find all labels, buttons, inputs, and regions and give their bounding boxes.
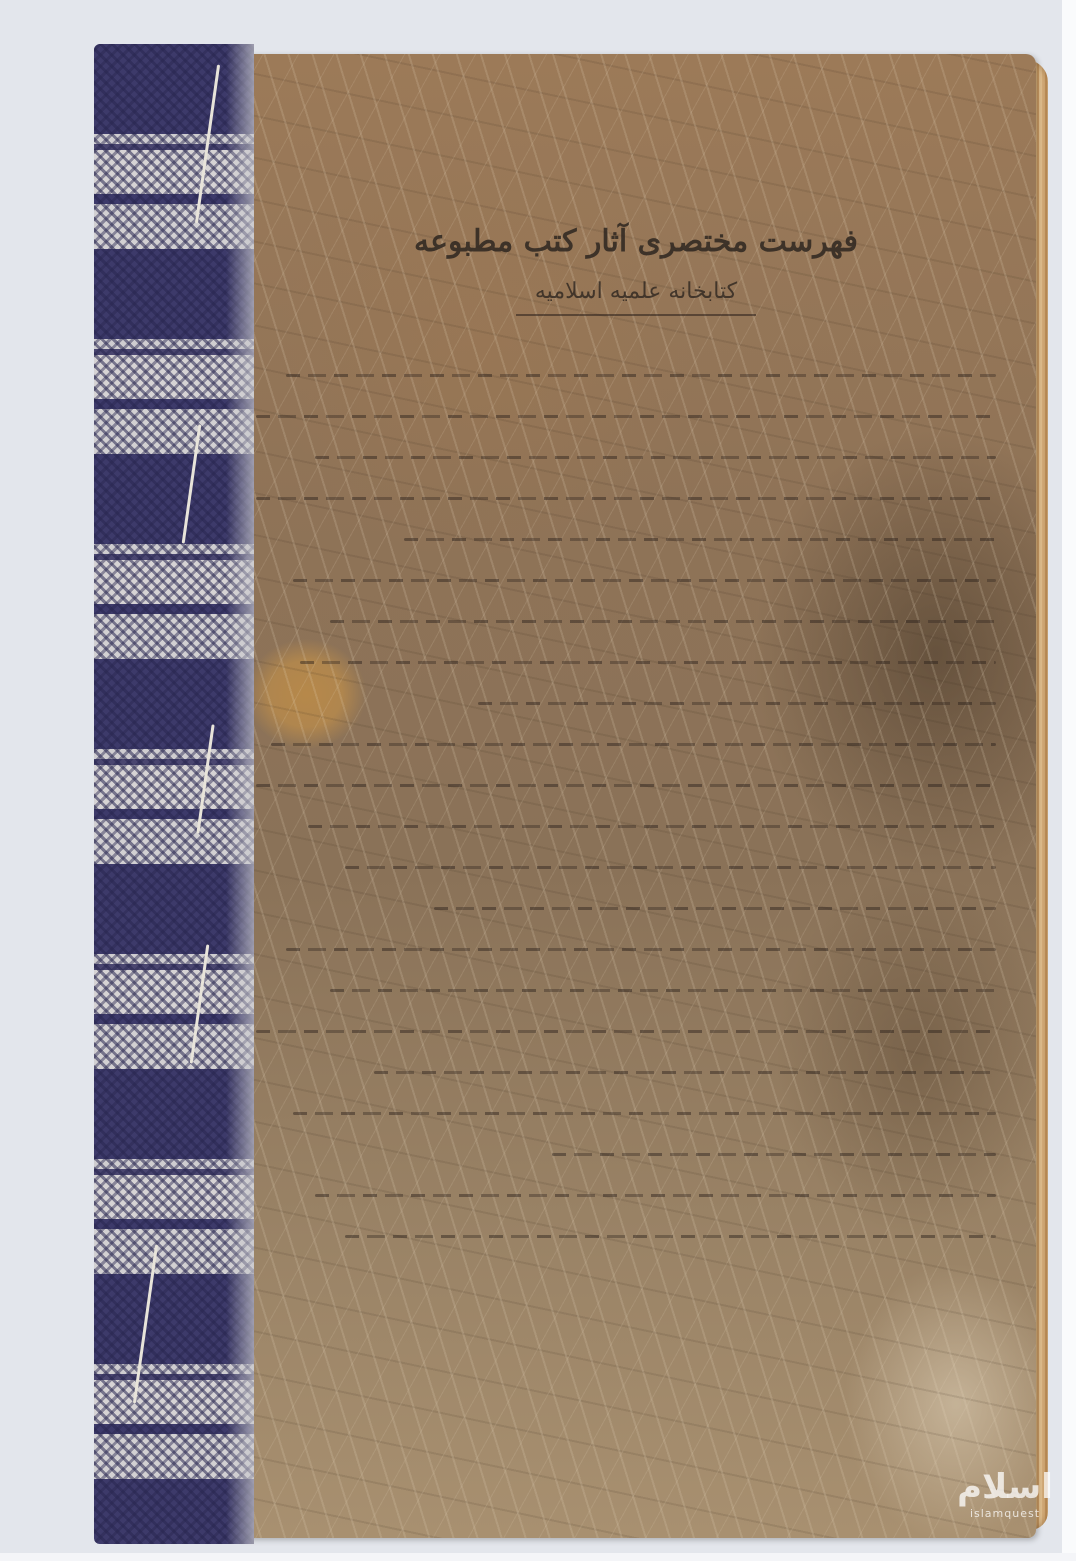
spine-stitch xyxy=(133,1245,158,1404)
cover-subtitle: کتابخانه علمیه اسلامیه xyxy=(286,279,986,304)
watermark-logo: اسلام xyxy=(950,1467,1060,1507)
spine-stitch xyxy=(182,424,202,543)
cover-title-block: فهرست مختصری آثار کتب مطبوعه کتابخانه عل… xyxy=(286,224,986,316)
site-watermark: اسلام islamquest xyxy=(950,1467,1060,1547)
text-line xyxy=(552,1153,996,1156)
text-line xyxy=(330,620,996,623)
text-line xyxy=(293,1112,996,1115)
photo-border-bottom xyxy=(0,1553,1076,1561)
spine-stitch xyxy=(196,724,214,833)
text-line xyxy=(345,866,996,869)
text-line xyxy=(256,415,996,418)
text-line xyxy=(256,1030,996,1033)
text-line xyxy=(271,743,996,746)
text-line xyxy=(434,907,996,910)
text-line xyxy=(308,825,996,828)
cover-text-lines xyxy=(256,374,996,1276)
photo-border-right xyxy=(1062,0,1076,1561)
title-underline xyxy=(516,314,756,316)
antique-book: فهرست مختصری آثار کتب مطبوعه کتابخانه عل… xyxy=(86,42,1062,1548)
woven-fabric-spine xyxy=(94,44,254,1544)
spine-stitch xyxy=(190,944,210,1063)
text-line xyxy=(293,579,996,582)
book-cover: فهرست مختصری آثار کتب مطبوعه کتابخانه عل… xyxy=(236,54,1036,1538)
text-line xyxy=(374,1071,996,1074)
text-line xyxy=(404,538,996,541)
text-line xyxy=(256,784,996,787)
text-line xyxy=(300,661,996,664)
spine-stitch xyxy=(195,65,220,224)
watermark-subtext: islamquest xyxy=(950,1507,1060,1520)
text-line xyxy=(345,1235,996,1238)
text-line xyxy=(315,1194,996,1197)
text-line xyxy=(286,374,996,377)
text-line xyxy=(256,497,996,500)
text-line xyxy=(315,456,996,459)
text-line xyxy=(478,702,996,705)
cover-title: فهرست مختصری آثار کتب مطبوعه xyxy=(286,224,986,259)
text-line xyxy=(330,989,996,992)
text-line xyxy=(286,948,996,951)
